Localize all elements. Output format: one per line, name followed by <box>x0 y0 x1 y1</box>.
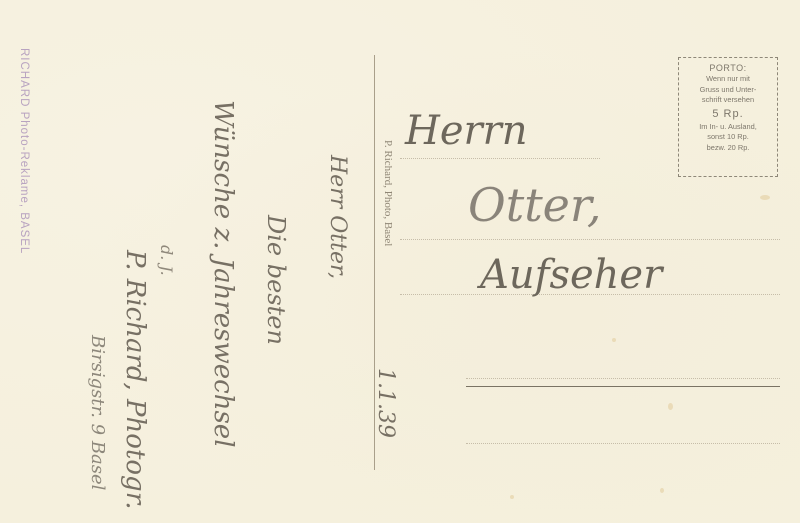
address-dotted-line <box>466 443 780 444</box>
stamp-line: schrift versehen <box>679 95 777 106</box>
stain <box>612 338 616 342</box>
stain <box>760 195 770 200</box>
stamp-price: 5 Rp. <box>679 107 777 121</box>
stamp-title: PORTO: <box>679 62 777 74</box>
address-line-3: Aufseher <box>480 252 662 298</box>
postcard-back: RICHARD Photo-Reklame, BASEL P. Richard,… <box>0 0 800 523</box>
address-dotted-line <box>400 239 780 240</box>
publisher-imprint: RICHARD Photo-Reklame, BASEL <box>18 48 30 254</box>
stain <box>660 488 664 493</box>
stamp-line: Wenn nur mit <box>679 74 777 85</box>
message-salutation: Herr Otter, <box>325 155 350 279</box>
message-line-4: Birsigstr. 9 Basel <box>87 335 108 490</box>
message-date: 1.1.39 <box>373 368 398 438</box>
stamp-box: PORTO: Wenn nur mit Gruss und Unter- sch… <box>678 57 778 177</box>
message-mark: d. J. <box>157 245 176 276</box>
address-dotted-line <box>400 158 600 159</box>
stamp-line: sonst 10 Rp. <box>679 132 777 143</box>
message-line-2: Wünsche z. Jahreswechsel <box>208 100 238 448</box>
message-line-1: Die besten <box>262 215 290 345</box>
message-line-3: P. Richard, Photogr. <box>120 250 150 510</box>
stamp-line: bezw. 20 Rp. <box>679 143 777 154</box>
stamp-line: Gruss und Unter- <box>679 85 777 96</box>
address-line-2: Otter, <box>468 178 601 232</box>
stain <box>510 495 514 499</box>
divider-caption: P. Richard, Photo, Basel <box>382 140 394 246</box>
stamp-line: Im In- u. Ausland, <box>679 122 777 133</box>
address-solid-line <box>466 386 780 387</box>
address-line-1: Herrn <box>405 108 528 154</box>
address-dotted-line <box>466 378 780 379</box>
stain <box>668 403 673 410</box>
